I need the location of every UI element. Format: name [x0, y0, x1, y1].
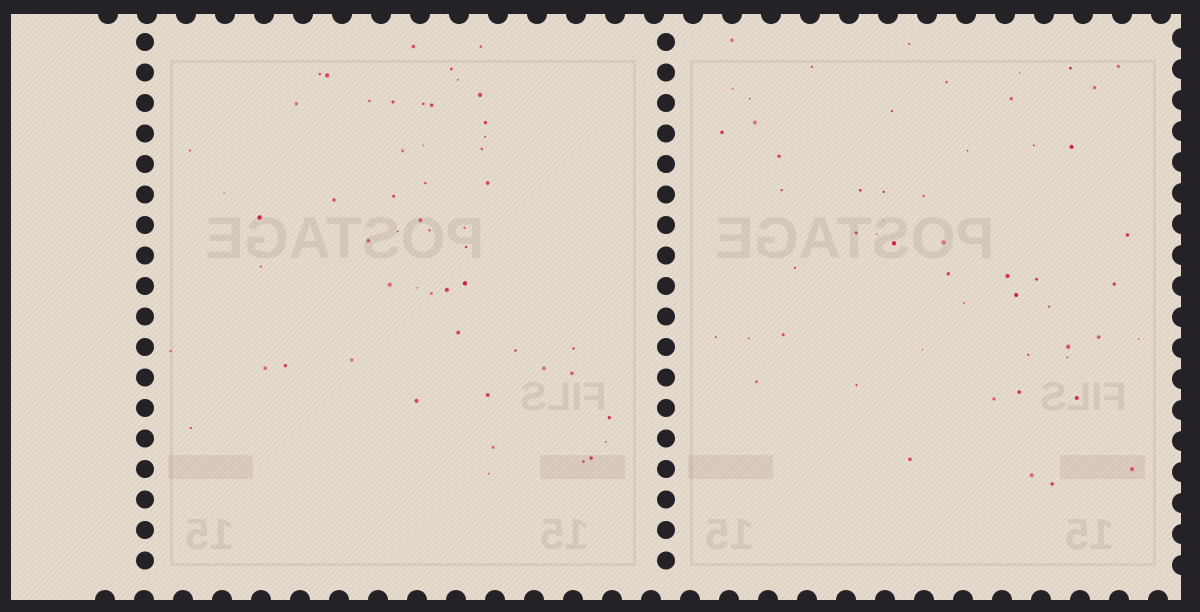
stamp-pair-photo: POSTAGE POSTAGE FILS FILS 15 15 15 15 — [0, 0, 1200, 612]
red-ink-specks — [0, 0, 1200, 612]
